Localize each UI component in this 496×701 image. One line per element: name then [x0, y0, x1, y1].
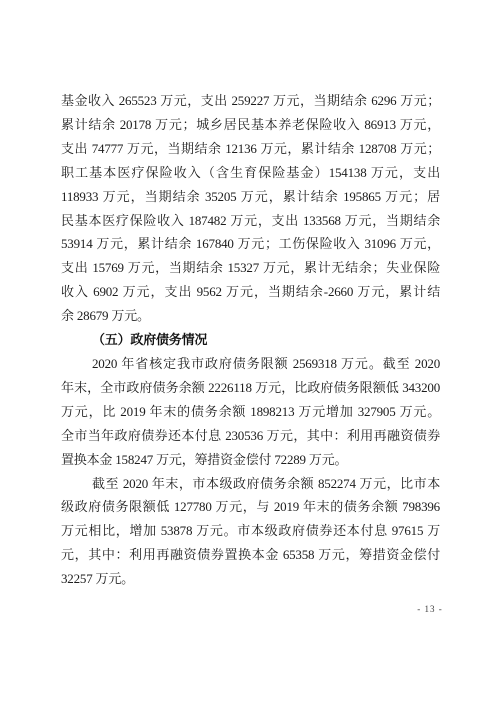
- page-number: - 13 -: [410, 604, 450, 614]
- section-heading: （五）政府债务情况: [61, 328, 440, 352]
- text-line: 余 28679 万元。: [61, 304, 440, 328]
- text-line: 累计结余 20178 万元；城乡居民基本养老保险收入 86913 万元，: [61, 113, 440, 137]
- text-line: 全市当年政府债券还本付息 230536 万元，其中：利用再融资债券: [61, 424, 440, 448]
- section-heading-government-debt: （五）政府债务情况: [61, 328, 440, 352]
- text-line: 级政府债务限额低 127780 万元，与 2019 年末的债务余额 798396: [61, 495, 440, 519]
- text-line: 元，其中：利用再融资债券置换本金 65358 万元，筹措资金偿付: [61, 543, 440, 567]
- text-line: 民基本医疗保险收入 187482 万元，支出 133568 万元，当期结余: [61, 209, 440, 233]
- text-line: 2020 年省核定我市政府债务限额 2569318 万元。截至 2020: [61, 352, 440, 376]
- text-line: 职工基本医疗保险收入（含生育保险基金）154138 万元，支出: [61, 161, 440, 185]
- text-line: 置换本金 158247 万元，筹措资金偿付 72289 万元。: [61, 448, 440, 472]
- text-line: 支出 74777 万元，当期结余 12136 万元，累计结余 128708 万元…: [61, 137, 440, 161]
- text-line: 年末，全市政府债务余额 2226118 万元，比政府债务限额低 343200: [61, 376, 440, 400]
- text-line: 基金收入 265523 万元，支出 259227 万元，当期结余 6296 万元…: [61, 89, 440, 113]
- text-line: 32257 万元。: [61, 567, 440, 591]
- document-page: 基金收入 265523 万元，支出 259227 万元，当期结余 6296 万元…: [0, 0, 496, 701]
- citywide-debt-paragraph: 2020 年省核定我市政府债务限额 2569318 万元。截至 2020年末，全…: [61, 352, 440, 472]
- social-insurance-funds-paragraph: 基金收入 265523 万元，支出 259227 万元，当期结余 6296 万元…: [61, 89, 440, 328]
- text-line: 收入 6902 万元，支出 9562 万元，当期结余-2660 万元，累计结: [61, 280, 440, 304]
- text-line: 支出 15769 万元，当期结余 15327 万元，累计无结余；失业保险: [61, 256, 440, 280]
- municipal-level-debt-paragraph: 截至 2020 年末，市本级政府债务余额 852274 万元，比市本级政府债务限…: [61, 472, 440, 592]
- text-line: 万元，比 2019 年末的债务余额 1898213 万元增加 327905 万元…: [61, 400, 440, 424]
- body-text: 基金收入 265523 万元，支出 259227 万元，当期结余 6296 万元…: [61, 89, 440, 591]
- text-line: 截至 2020 年末，市本级政府债务余额 852274 万元，比市本: [61, 472, 440, 496]
- text-line: 万元相比，增加 53878 万元。市本级政府债券还本付息 97615 万: [61, 519, 440, 543]
- text-line: 53914 万元，累计结余 167840 万元；工伤保险收入 31096 万元，: [61, 232, 440, 256]
- text-line: 118933 万元，当期结余 35205 万元，累计结余 195865 万元；居: [61, 185, 440, 209]
